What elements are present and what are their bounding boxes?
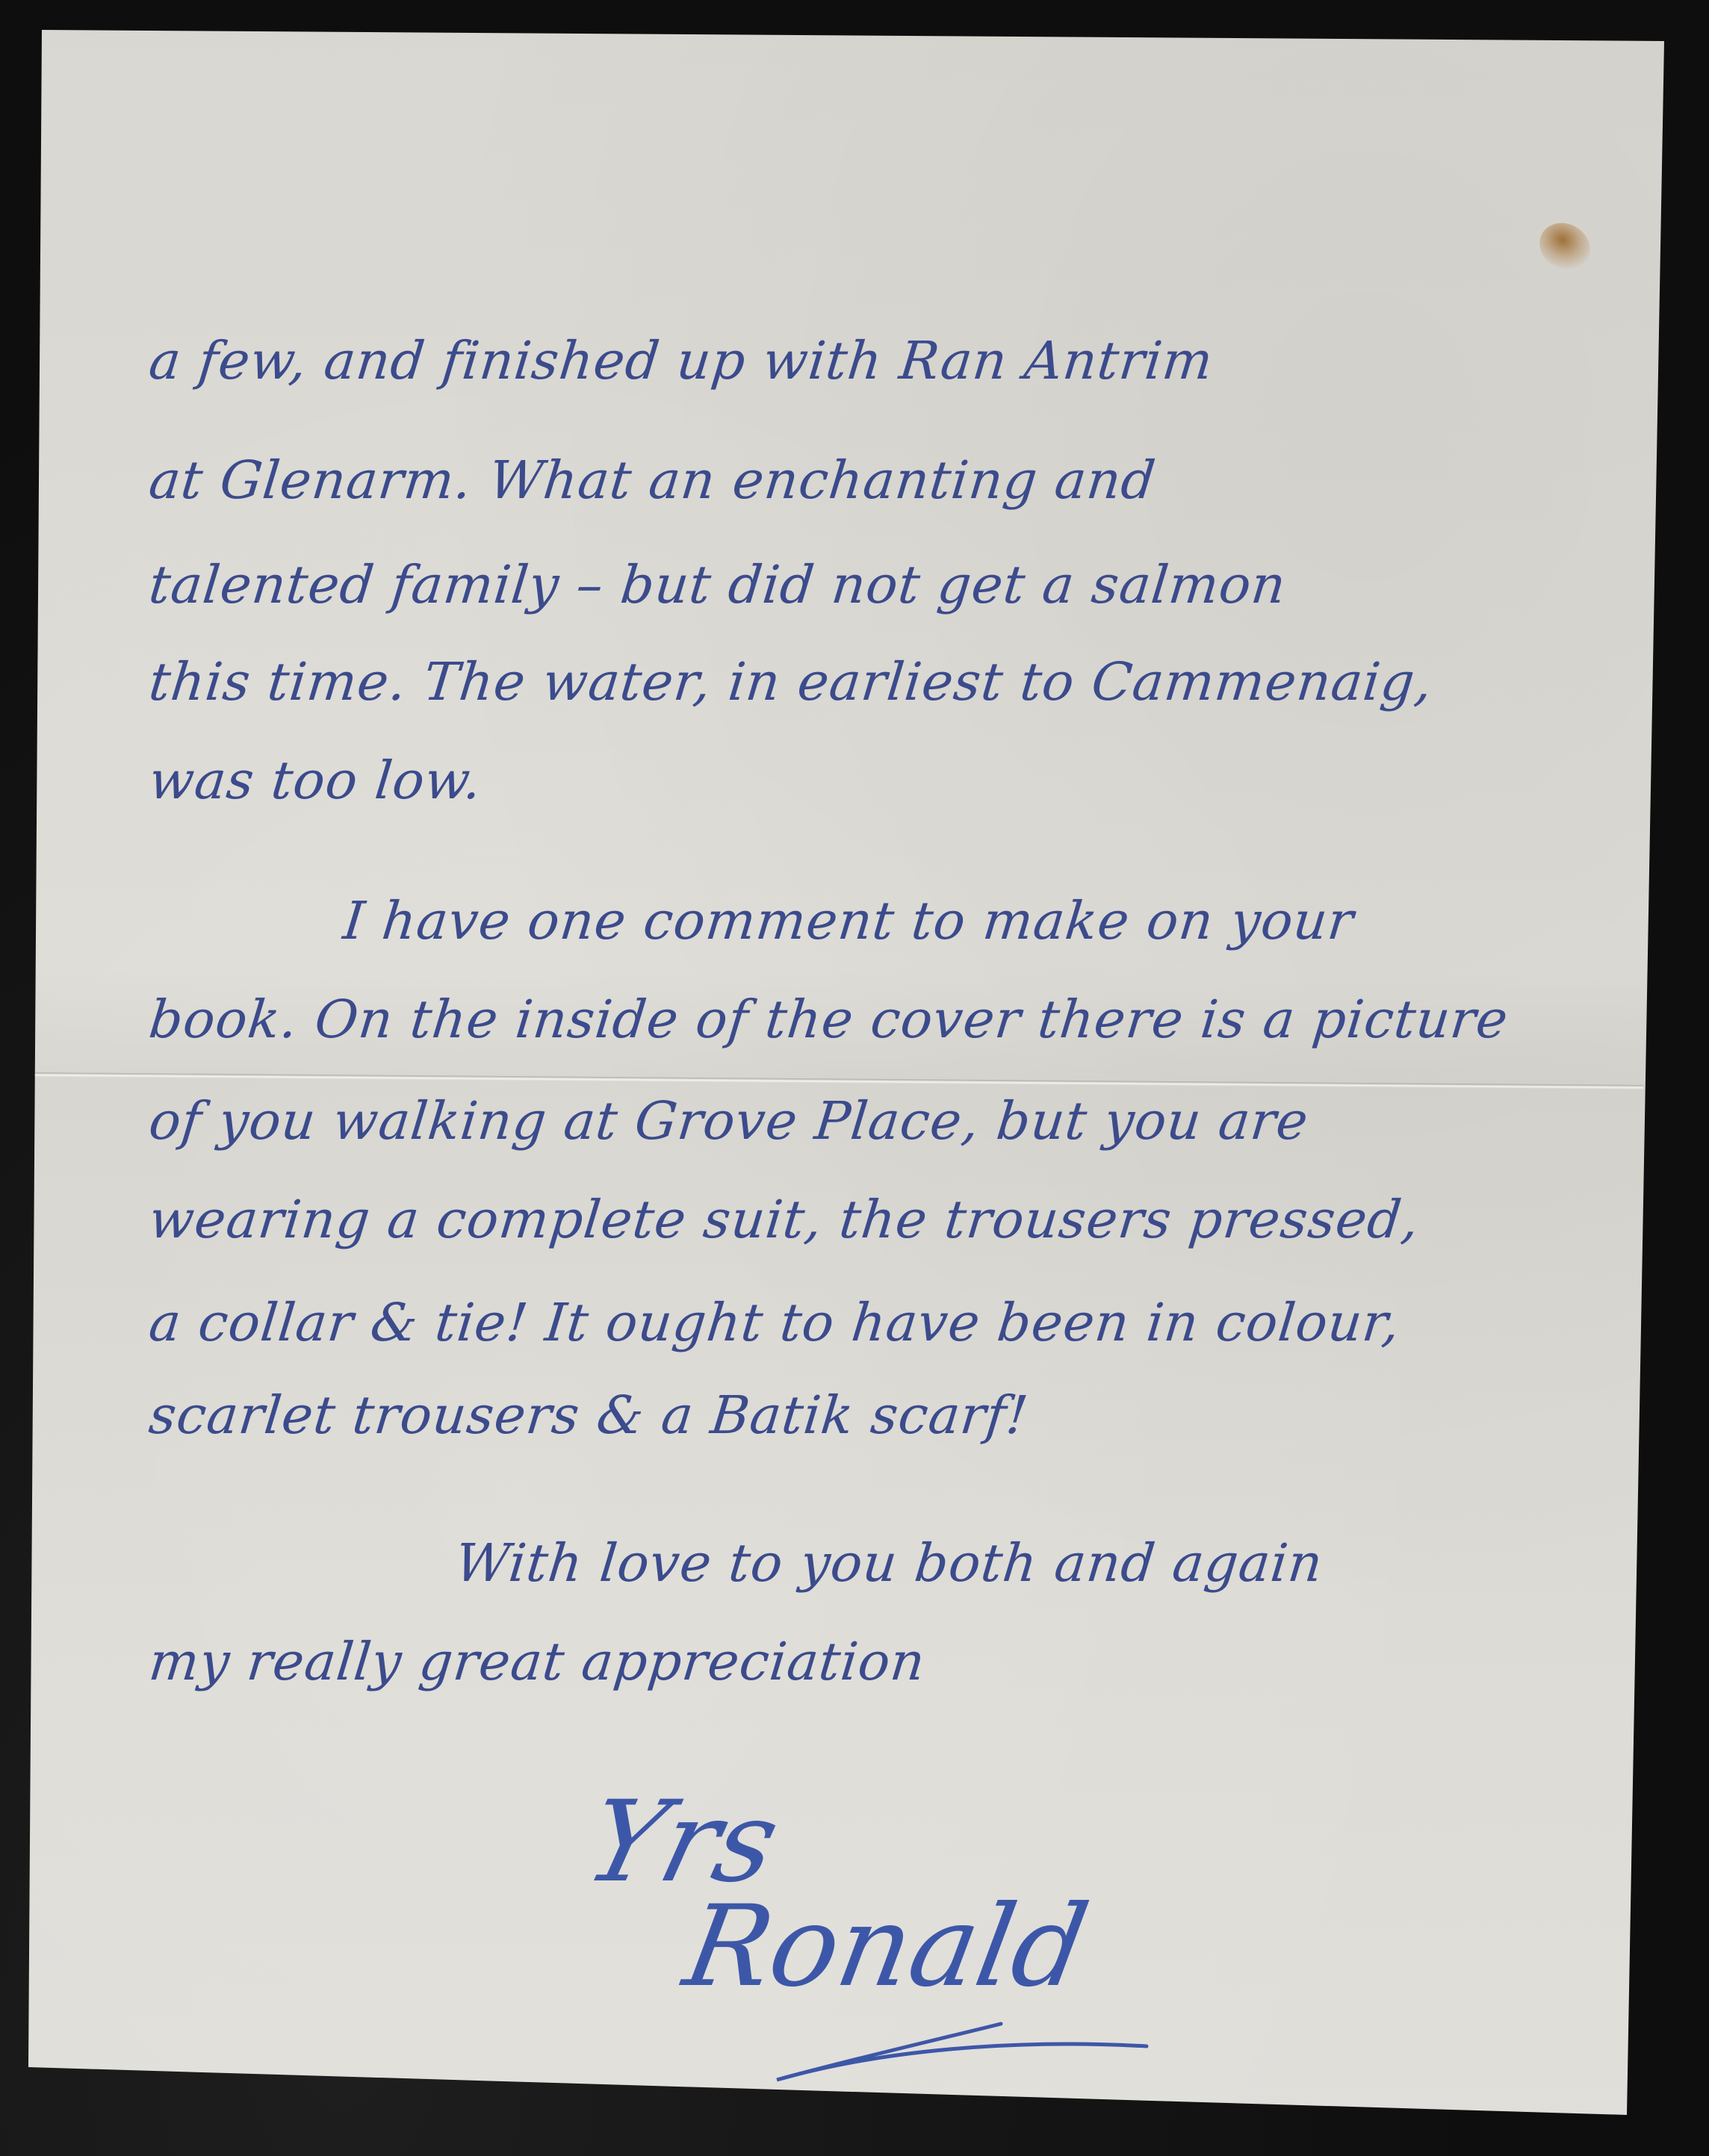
letter-line-6-paragraph-start: I have one comment to make on your: [341, 895, 1356, 947]
signature-name: Ronald: [676, 1882, 1097, 2012]
fold-crease: [30, 1072, 1643, 1090]
foxing-stain: [1531, 214, 1599, 279]
letter-line-7: book. On the inside of the cover there i…: [146, 993, 1510, 1046]
letter-line-3: talented family – but did not get a salm…: [146, 559, 1288, 611]
signature-underline-flourish: [769, 2016, 1158, 2084]
letter-line-9: wearing a complete suit, the trousers pr…: [146, 1193, 1421, 1246]
letter-line-13: my really great appreciation: [146, 1635, 928, 1688]
letter-line-1: a few, and finished up with Ran Antrim: [146, 335, 1215, 387]
letter-line-4: this time. The water, in earliest to Cam…: [146, 656, 1435, 708]
letter-line-5: was too low.: [146, 754, 484, 807]
letter-line-2: at Glenarm. What an enchanting and: [146, 454, 1158, 506]
letter-line-11: scarlet trousers & a Batik scarf!: [146, 1389, 1031, 1441]
letter-line-10: a collar & tie! It ought to have been in…: [146, 1296, 1403, 1349]
letter-sheet: a few, and finished up with Ran Antrim a…: [0, 0, 1709, 2156]
letter-line-8: of you walking at Grove Place, but you a…: [146, 1095, 1311, 1147]
letter-line-12-closing-paragraph: With love to you both and again: [453, 1537, 1325, 1589]
